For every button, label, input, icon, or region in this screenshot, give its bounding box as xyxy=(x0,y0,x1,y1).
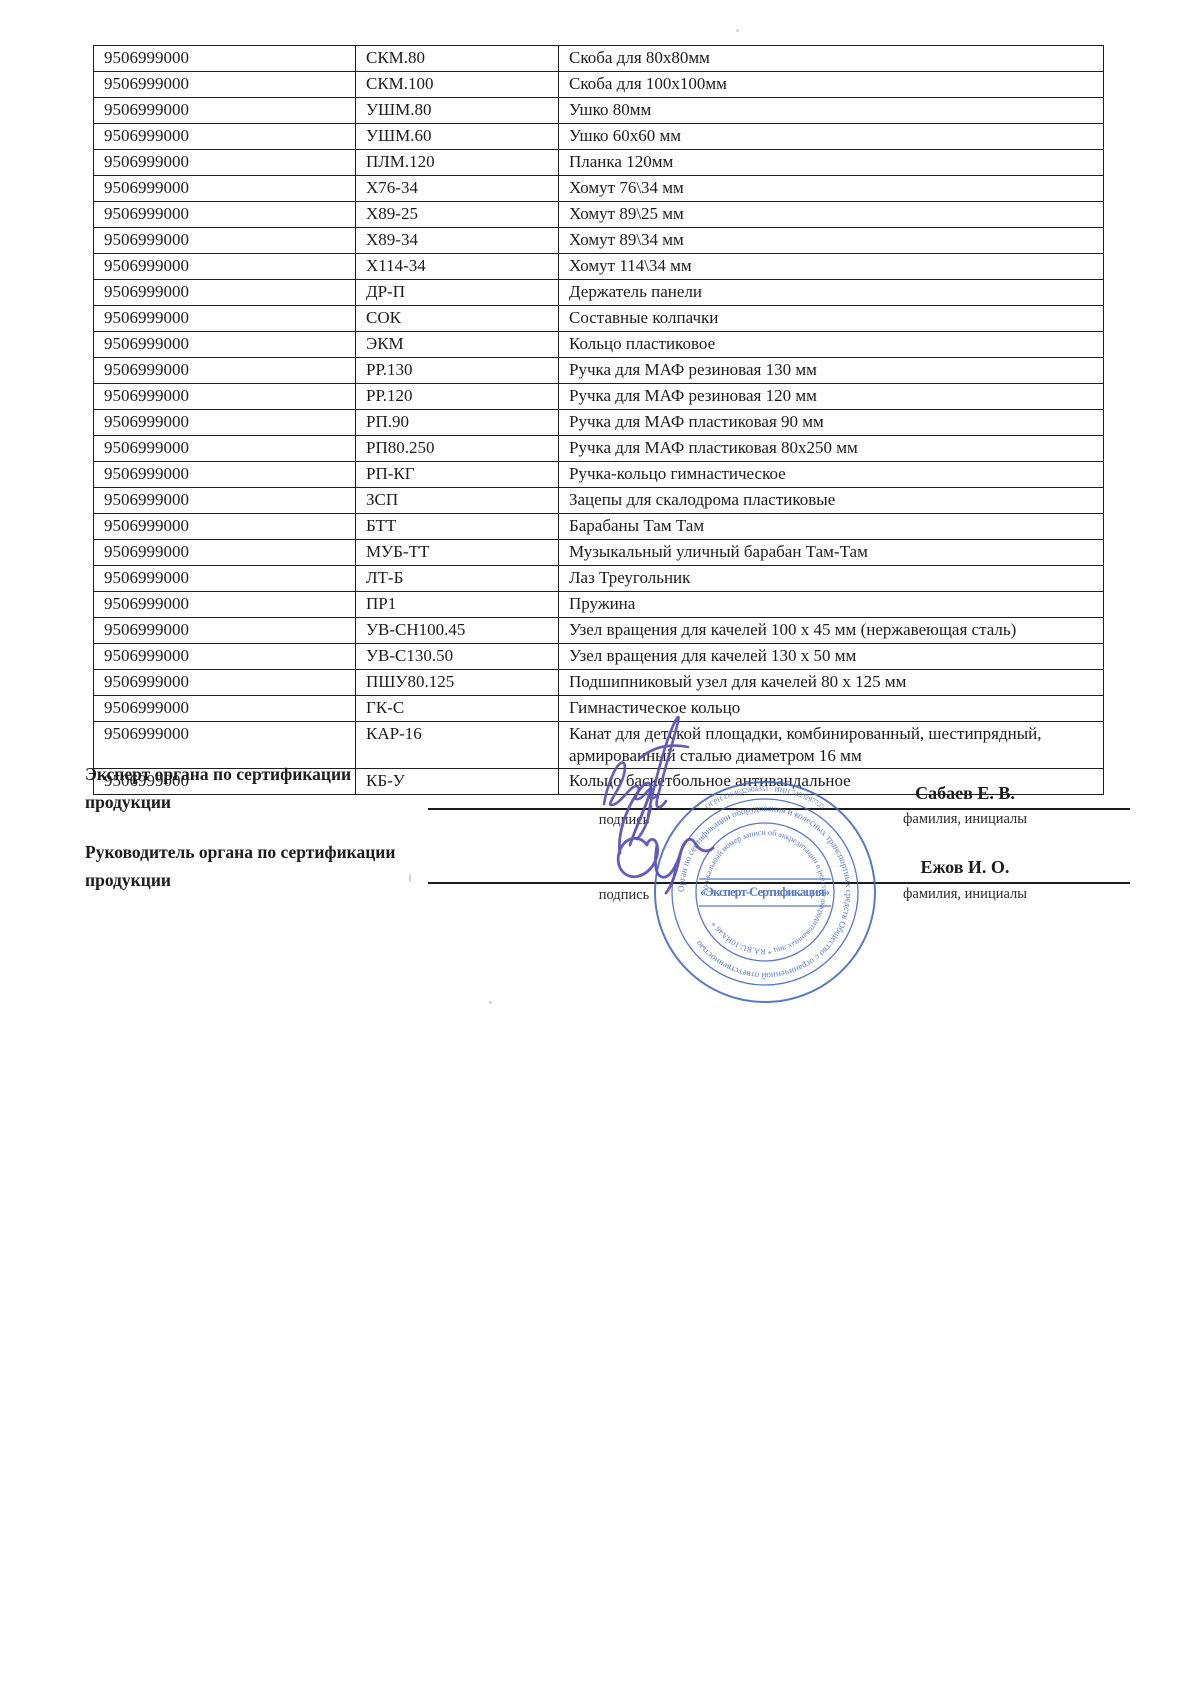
scan-speck xyxy=(409,874,411,882)
cell-product-name: Узел вращения для качелей 100 х 45 мм (н… xyxy=(559,618,1104,644)
table-row: 9506999000УШМ.60Ушко 60х60 мм xyxy=(94,124,1104,150)
scan-speck xyxy=(736,29,739,32)
cell-code: 9506999000 xyxy=(94,202,356,228)
cell-code: 9506999000 xyxy=(94,566,356,592)
cell-sku: Х89-34 xyxy=(356,228,559,254)
cell-product-name: Канат для детской площадки, комбинирован… xyxy=(559,722,1104,769)
cell-code: 9506999000 xyxy=(94,254,356,280)
cell-sku: ГК-С xyxy=(356,696,559,722)
table-row: 9506999000РП.90Ручка для МАФ пластиковая… xyxy=(94,410,1104,436)
cell-code: 9506999000 xyxy=(94,696,356,722)
table-row: 9506999000УВ-СН100.45Узел вращения для к… xyxy=(94,618,1104,644)
table-row: 9506999000ПШУ80.125Подшипниковый узел дл… xyxy=(94,670,1104,696)
table-row: 9506999000ПЛМ.120Планка 120мм xyxy=(94,150,1104,176)
table-row: 9506999000СОКСоставные колпачки xyxy=(94,306,1104,332)
table-row: 9506999000Х76-34Хомут 76\34 мм xyxy=(94,176,1104,202)
head-signature-autograph xyxy=(618,783,713,893)
cell-code: 9506999000 xyxy=(94,306,356,332)
head-sign-caption: подпись xyxy=(564,887,684,904)
cell-product-name: Хомут 114\34 мм xyxy=(559,254,1104,280)
svg-text:Орган по сертификации оборудов: Орган по сертификации оборудования и кол… xyxy=(676,803,854,981)
table-row: 9506999000ЛТ-БЛаз Треугольник xyxy=(94,566,1104,592)
expert-role-line1: Эксперт органа по сертификации xyxy=(85,760,505,788)
head-role-line2: продукции xyxy=(85,866,505,894)
cell-code: 9506999000 xyxy=(94,98,356,124)
cell-code: 9506999000 xyxy=(94,644,356,670)
stamp-center-text: «Эксперт-Сертификация» xyxy=(700,885,830,899)
cell-product-name: Узел вращения для качелей 130 х 50 мм xyxy=(559,644,1104,670)
cell-product-name: Ушко 60х60 мм xyxy=(559,124,1104,150)
cell-product-name: Ручка для МАФ резиновая 120 мм xyxy=(559,384,1104,410)
product-table: 9506999000СКМ.80Скоба для 80х80мм9506999… xyxy=(93,45,1104,795)
head-signature-line xyxy=(428,882,1130,884)
cell-product-name: Лаз Треугольник xyxy=(559,566,1104,592)
table-row: 9506999000Х114-34Хомут 114\34 мм xyxy=(94,254,1104,280)
table-row: 9506999000Х89-25Хомут 89\25 мм xyxy=(94,202,1104,228)
table-row: 9506999000ПР1Пружина xyxy=(94,592,1104,618)
cell-code: 9506999000 xyxy=(94,592,356,618)
cell-sku: ЗСП xyxy=(356,488,559,514)
stamp-middle-circle xyxy=(672,799,858,985)
expert-signature-line xyxy=(428,808,1130,810)
table-row: 9506999000ЗСПЗацепы для скалодрома пласт… xyxy=(94,488,1104,514)
table-row: 9506999000УШМ.80Ушко 80мм xyxy=(94,98,1104,124)
cell-code: 9506999000 xyxy=(94,514,356,540)
cell-product-name: Ручка для МАФ пластиковая 90 мм xyxy=(559,410,1104,436)
cell-code: 9506999000 xyxy=(94,618,356,644)
stamp-inner-circle xyxy=(696,823,834,961)
table-row: 9506999000ДР-ПДержатель панели xyxy=(94,280,1104,306)
cell-code: 9506999000 xyxy=(94,332,356,358)
cell-product-name: Скоба для 100х100мм xyxy=(559,72,1104,98)
table-row: 9506999000ЭКМКольцо пластиковое xyxy=(94,332,1104,358)
expert-name: Сабаев Е. В. xyxy=(845,783,1085,804)
table-row: 9506999000БТТБарабаны Там Там xyxy=(94,514,1104,540)
svg-text:Уникальный номер записи об акк: Уникальный номер записи об аккредитации … xyxy=(701,828,829,956)
cell-code: 9506999000 xyxy=(94,280,356,306)
head-name: Ежов И. О. xyxy=(845,857,1085,878)
cell-sku: УВ-С130.50 xyxy=(356,644,559,670)
cell-product-name: Барабаны Там Там xyxy=(559,514,1104,540)
cell-sku: ПР1 xyxy=(356,592,559,618)
cell-sku: РР.130 xyxy=(356,358,559,384)
table-row: 9506999000РР.130Ручка для МАФ резиновая … xyxy=(94,358,1104,384)
cell-product-name: Составные колпачки xyxy=(559,306,1104,332)
cell-sku: СОК xyxy=(356,306,559,332)
head-role-line1: Руководитель органа по сертификации xyxy=(85,838,505,866)
table-row: 9506999000СКМ.80Скоба для 80х80мм xyxy=(94,46,1104,72)
cell-sku: ЛТ-Б xyxy=(356,566,559,592)
cell-product-name: Ручка для МАФ пластиковая 80х250 мм xyxy=(559,436,1104,462)
cell-code: 9506999000 xyxy=(94,384,356,410)
stamp-inner-ring-text: Уникальный номер записи об аккредитации … xyxy=(701,828,829,956)
stamp-outer-ring-text: Орган по сертификации оборудования и кол… xyxy=(676,803,854,981)
cell-code: 9506999000 xyxy=(94,72,356,98)
table-row: 9506999000РП-КГРучка-кольцо гимнастическ… xyxy=(94,462,1104,488)
expert-name-caption: фамилия, инициалы xyxy=(845,811,1085,828)
head-name-caption: фамилия, инициалы xyxy=(845,886,1085,903)
cell-product-name: Ушко 80мм xyxy=(559,98,1104,124)
cell-code: 9506999000 xyxy=(94,410,356,436)
cell-product-name: Хомут 89\34 мм xyxy=(559,228,1104,254)
scan-speck xyxy=(489,1001,492,1004)
cell-code: 9506999000 xyxy=(94,436,356,462)
cell-sku: БТТ xyxy=(356,514,559,540)
cell-sku: РР.120 xyxy=(356,384,559,410)
cell-product-name: Гимнастическое кольцо xyxy=(559,696,1104,722)
cell-product-name: Музыкальный уличный барабан Там-Там xyxy=(559,540,1104,566)
cell-sku: СКМ.80 xyxy=(356,46,559,72)
cell-sku: ПЛМ.120 xyxy=(356,150,559,176)
table-row: 9506999000СКМ.100Скоба для 100х100мм xyxy=(94,72,1104,98)
cell-sku: Х114-34 xyxy=(356,254,559,280)
cell-code: 9506999000 xyxy=(94,358,356,384)
cell-sku: РП-КГ xyxy=(356,462,559,488)
table-row: 9506999000Х89-34Хомут 89\34 мм xyxy=(94,228,1104,254)
table-row: 9506999000РР.120Ручка для МАФ резиновая … xyxy=(94,384,1104,410)
cell-code: 9506999000 xyxy=(94,462,356,488)
expert-sign-caption: подпись xyxy=(564,812,684,829)
cell-code: 9506999000 xyxy=(94,124,356,150)
table-row: 9506999000МУБ-ТТМузыкальный уличный бара… xyxy=(94,540,1104,566)
cell-product-name: Зацепы для скалодрома пластиковые xyxy=(559,488,1104,514)
cell-product-name: Скоба для 80х80мм xyxy=(559,46,1104,72)
cell-sku: Х89-25 xyxy=(356,202,559,228)
document-page: 9506999000СКМ.80Скоба для 80х80мм9506999… xyxy=(0,0,1190,1683)
cell-sku: РП80.250 xyxy=(356,436,559,462)
cell-sku: Х76-34 xyxy=(356,176,559,202)
cell-product-name: Хомут 76\34 мм xyxy=(559,176,1104,202)
cell-product-name: Кольцо пластиковое xyxy=(559,332,1104,358)
cell-product-name: Пружина xyxy=(559,592,1104,618)
cell-code: 9506999000 xyxy=(94,176,356,202)
cell-code: 9506999000 xyxy=(94,46,356,72)
cell-sku: СКМ.100 xyxy=(356,72,559,98)
table-row: 9506999000РП80.250Ручка для МАФ пластико… xyxy=(94,436,1104,462)
stamp-outer-circle xyxy=(655,782,875,1002)
table-row: 9506999000УВ-С130.50Узел вращения для ка… xyxy=(94,644,1104,670)
cell-sku: УШМ.80 xyxy=(356,98,559,124)
cell-code: 9506999000 xyxy=(94,670,356,696)
expert-role-line2: продукции xyxy=(85,788,505,816)
cell-product-name: Подшипниковый узел для качелей 80 х 125 … xyxy=(559,670,1104,696)
cell-product-name: Ручка-кольцо гимнастическое xyxy=(559,462,1104,488)
cell-sku: РП.90 xyxy=(356,410,559,436)
cell-sku: УВ-СН100.45 xyxy=(356,618,559,644)
cell-product-name: Планка 120мм xyxy=(559,150,1104,176)
cell-code: 9506999000 xyxy=(94,540,356,566)
cell-product-name: Ручка для МАФ резиновая 130 мм xyxy=(559,358,1104,384)
cell-sku: ДР-П xyxy=(356,280,559,306)
cell-code: 9506999000 xyxy=(94,228,356,254)
head-role-label: Руководитель органа по сертификации прод… xyxy=(85,838,505,894)
cell-sku: МУБ-ТТ xyxy=(356,540,559,566)
cell-code: 9506999000 xyxy=(94,150,356,176)
cell-code: 9506999000 xyxy=(94,488,356,514)
cell-sku: УШМ.60 xyxy=(356,124,559,150)
cell-sku: ЭКМ xyxy=(356,332,559,358)
cell-product-name: Держатель панели xyxy=(559,280,1104,306)
cell-product-name: Хомут 89\25 мм xyxy=(559,202,1104,228)
table-row: 9506999000ГК-СГимнастическое кольцо xyxy=(94,696,1104,722)
cell-sku: ПШУ80.125 xyxy=(356,670,559,696)
